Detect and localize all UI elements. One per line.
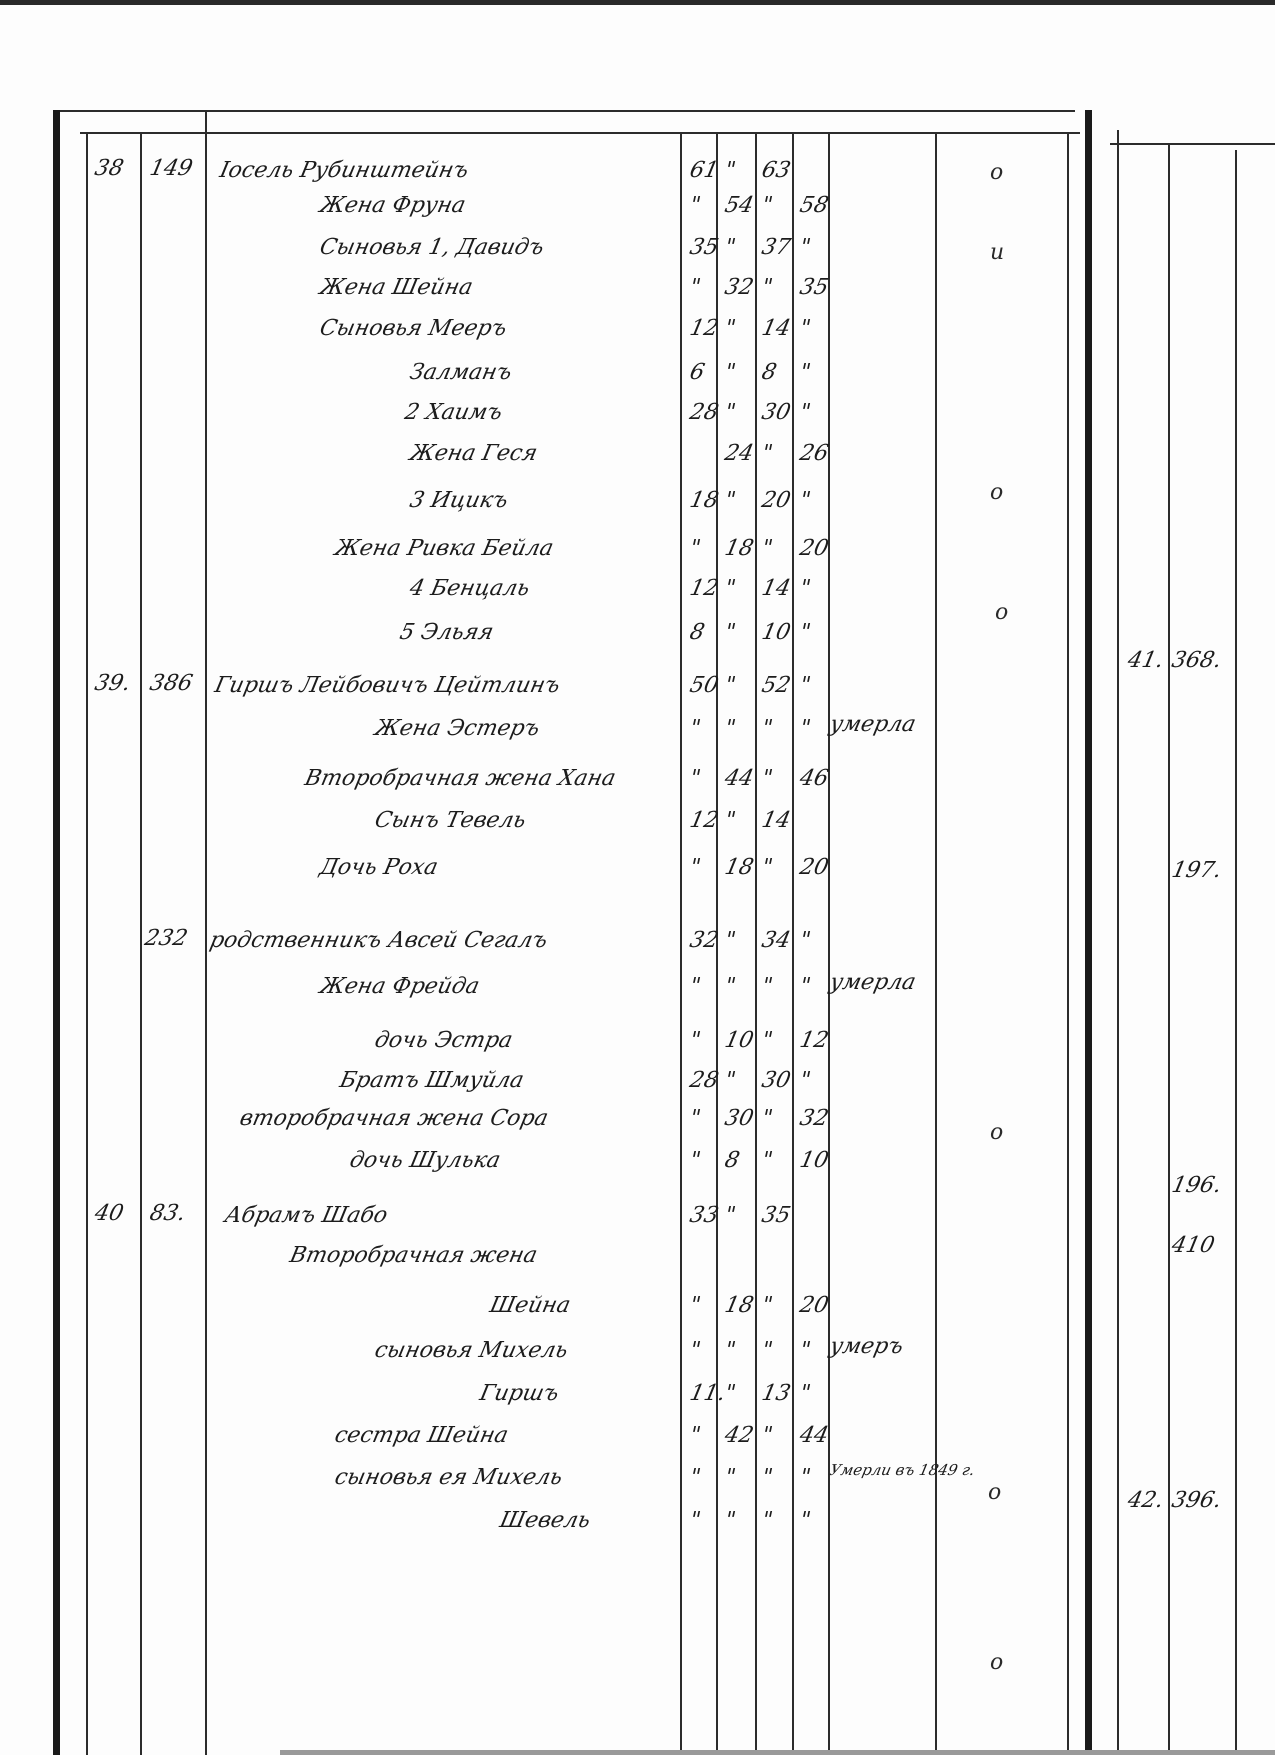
person-name: Сынъ Тевель (373, 810, 528, 832)
age-value: " (688, 1467, 703, 1489)
person-name: Второбрачная жена Хана (303, 768, 618, 790)
margin-mark: о (990, 480, 1003, 505)
age-value: 61 (688, 160, 721, 182)
house-number: 83. (148, 1203, 188, 1225)
age-value: " (723, 1467, 738, 1489)
person-name: Жена Фруна (318, 195, 468, 217)
col-line (1067, 132, 1069, 1755)
age-value: " (798, 718, 813, 740)
age-value: " (798, 622, 813, 644)
census-page: 38149Іосель Рубинштейнъ61"63Жена Фруна"5… (0, 0, 1275, 1755)
person-name: 5 Эльяя (398, 622, 496, 644)
margin-house-number: 197. (1170, 860, 1224, 882)
person-name: Сыновья Мееръ (318, 318, 509, 340)
margin-mark: о (988, 1480, 1001, 1505)
age-value: " (688, 1030, 703, 1052)
family-number: 38 (93, 158, 126, 180)
age-value: 30 (760, 402, 793, 424)
person-name: второбрачная жена Сора (238, 1108, 550, 1130)
age-value: " (688, 277, 703, 299)
person-name: Залманъ (408, 362, 514, 384)
age-value: 12 (688, 810, 721, 832)
age-value: " (723, 1070, 738, 1092)
person-name: Гиршъ Лейбовичъ Цейтлинъ (213, 675, 562, 697)
age-value: 54 (723, 195, 756, 217)
age-value: 46 (798, 768, 831, 790)
age-value: 14 (760, 810, 793, 832)
age-value: " (723, 1205, 738, 1227)
age-value: " (760, 443, 775, 465)
age-value: 30 (723, 1108, 756, 1130)
house-number: 386 (148, 673, 195, 695)
age-value: 32 (723, 277, 756, 299)
age-value: 26 (798, 443, 831, 465)
age-value: " (688, 768, 703, 790)
age-value: 18 (723, 538, 756, 560)
status-note: Умерли въ 1849 г. (828, 1463, 976, 1478)
person-name: сестра Шейна (333, 1425, 510, 1447)
col-line (205, 110, 207, 1755)
age-value: " (798, 675, 813, 697)
age-value: 50 (688, 675, 721, 697)
margin-house-number: 410 (1170, 1235, 1217, 1257)
age-value: 35 (688, 237, 721, 259)
age-value: " (798, 1383, 813, 1405)
age-value: " (723, 160, 738, 182)
age-value: 20 (798, 857, 831, 879)
age-value: " (688, 1150, 703, 1172)
age-value: " (723, 622, 738, 644)
age-value: " (688, 1108, 703, 1130)
age-value: " (688, 857, 703, 879)
age-value: 44 (798, 1425, 831, 1447)
age-value: " (723, 578, 738, 600)
age-value: " (798, 1510, 813, 1532)
person-name: Жена Шейна (318, 277, 475, 299)
age-value: 42 (723, 1425, 756, 1447)
age-value: 44 (723, 768, 756, 790)
age-value: 58 (798, 195, 831, 217)
age-value: " (688, 1425, 703, 1447)
age-value: 28 (688, 1070, 721, 1092)
person-name: 4 Бенцаль (408, 578, 532, 600)
age-value: " (798, 1070, 813, 1092)
age-value: 14 (760, 578, 793, 600)
family-number: 40 (93, 1203, 126, 1225)
person-name: Дочь Роха (318, 857, 440, 879)
age-value: 18 (688, 490, 721, 512)
margin-house-number: 196. (1170, 1175, 1224, 1197)
age-value: " (798, 402, 813, 424)
margin-mark: о (990, 160, 1003, 185)
margin-mark: и (990, 240, 1004, 265)
age-value: " (798, 318, 813, 340)
age-value: 24 (723, 443, 756, 465)
age-value: " (723, 976, 738, 998)
age-value: 11. (688, 1383, 728, 1405)
age-value: 63 (760, 160, 793, 182)
age-value: 20 (798, 538, 831, 560)
age-value: 32 (688, 930, 721, 952)
age-value: " (798, 237, 813, 259)
person-name: дочь Эстра (373, 1030, 515, 1052)
status-note: умерла (828, 714, 918, 736)
age-value: 20 (798, 1295, 831, 1317)
age-value: " (798, 1467, 813, 1489)
person-name: Іосель Рубинштейнъ (218, 160, 471, 182)
age-value: " (688, 538, 703, 560)
person-name: сыновья Михель (373, 1340, 570, 1362)
header-rule (80, 132, 1080, 134)
person-name: 2 Хаимъ (403, 402, 505, 424)
house-number: 149 (148, 158, 195, 180)
header-rule-right (1110, 143, 1275, 145)
age-value: " (760, 195, 775, 217)
family-number: 39. (93, 673, 133, 695)
age-value: " (760, 1295, 775, 1317)
margin-family-number: 42. (1126, 1490, 1166, 1512)
age-value: " (798, 1340, 813, 1362)
col-line (755, 132, 757, 1755)
age-value: " (723, 1510, 738, 1532)
age-value: " (760, 1108, 775, 1130)
age-value: 12 (688, 578, 721, 600)
margin-mark: о (990, 1650, 1003, 1675)
age-value: " (798, 578, 813, 600)
col-line (1168, 143, 1170, 1755)
age-value: " (688, 195, 703, 217)
age-value: " (688, 976, 703, 998)
status-note: умеръ (828, 1336, 905, 1358)
person-name: Жена Эстеръ (373, 718, 542, 740)
person-name: Жена Ривка Бейла (333, 538, 556, 560)
person-name: Второбрачная жена (288, 1245, 539, 1267)
age-value: 10 (798, 1150, 831, 1172)
age-value: " (723, 402, 738, 424)
margin-mark: о (990, 1120, 1003, 1145)
person-name: Жена Фрейда (318, 976, 482, 998)
col-line (935, 132, 937, 1755)
age-value: " (723, 237, 738, 259)
age-value: 10 (760, 622, 793, 644)
person-name: Братъ Шмуйла (338, 1070, 526, 1092)
age-value: 18 (723, 857, 756, 879)
age-value: " (723, 675, 738, 697)
age-value: " (688, 1295, 703, 1317)
person-name: Сыновья 1, Давидъ (318, 237, 546, 259)
person-name: родственникъ Авсей Сегалъ (208, 930, 550, 952)
person-name: Шейна (488, 1295, 573, 1317)
age-value: " (760, 538, 775, 560)
col-line (1117, 130, 1119, 1755)
age-value: 52 (760, 675, 793, 697)
age-value: " (798, 490, 813, 512)
age-value: " (798, 362, 813, 384)
person-name: сыновья ея Михель (333, 1467, 565, 1489)
age-value: " (723, 318, 738, 340)
left-binding-line (53, 110, 60, 1755)
age-value: " (760, 768, 775, 790)
person-name: 3 Ицикъ (408, 490, 510, 512)
age-value: " (723, 1340, 738, 1362)
age-value: 35 (798, 277, 831, 299)
person-name: Жена Геся (408, 443, 539, 465)
margin-family-number: 41. (1126, 650, 1166, 672)
age-value: 34 (760, 930, 793, 952)
age-value: 8 (760, 362, 779, 384)
age-value: " (760, 1510, 775, 1532)
scan-bottom-edge (280, 1750, 1275, 1755)
age-value: 32 (798, 1108, 831, 1130)
age-value: 33 (688, 1205, 721, 1227)
age-value: 10 (723, 1030, 756, 1052)
col-line (680, 132, 682, 1755)
age-value: " (798, 976, 813, 998)
col-line (86, 132, 88, 1755)
margin-house-number: 396. (1170, 1490, 1224, 1512)
age-value: " (688, 1510, 703, 1532)
col-line (828, 132, 830, 1755)
age-value: 14 (760, 318, 793, 340)
age-value: " (760, 976, 775, 998)
age-value: " (798, 930, 813, 952)
age-value: " (760, 1467, 775, 1489)
age-value: " (760, 1340, 775, 1362)
age-value: 28 (688, 402, 721, 424)
col-line (1235, 150, 1237, 1755)
age-value: " (760, 277, 775, 299)
age-value: 13 (760, 1383, 793, 1405)
center-binding-line (1085, 110, 1092, 1755)
age-value: " (688, 1340, 703, 1362)
age-value: 18 (723, 1295, 756, 1317)
age-value: 20 (760, 490, 793, 512)
person-name: Абрамъ Шабо (223, 1205, 390, 1227)
age-value: " (723, 362, 738, 384)
age-value: " (723, 718, 738, 740)
age-value: 12 (798, 1030, 831, 1052)
age-value: 35 (760, 1205, 793, 1227)
age-value: 12 (688, 318, 721, 340)
age-value: " (723, 810, 738, 832)
person-name: Гиршъ (478, 1383, 561, 1405)
age-value: 8 (723, 1150, 742, 1172)
age-value: 8 (688, 622, 707, 644)
age-value: " (723, 490, 738, 512)
age-value: " (723, 930, 738, 952)
col-line (792, 132, 794, 1755)
age-value: " (760, 1150, 775, 1172)
margin-house-number: 368. (1170, 650, 1224, 672)
status-note: умерла (828, 972, 918, 994)
age-value: 6 (688, 362, 707, 384)
col-line (140, 132, 142, 1755)
age-value: 37 (760, 237, 793, 259)
age-value: " (688, 718, 703, 740)
header-rule-top (55, 110, 1075, 112)
age-value: " (760, 857, 775, 879)
person-name: Шевель (498, 1510, 593, 1532)
house-number: 232 (143, 928, 190, 950)
margin-mark: о (995, 600, 1008, 625)
age-value: " (760, 718, 775, 740)
person-name: дочь Шулька (348, 1150, 503, 1172)
age-value: " (760, 1030, 775, 1052)
age-value: 30 (760, 1070, 793, 1092)
age-value: " (760, 1425, 775, 1447)
